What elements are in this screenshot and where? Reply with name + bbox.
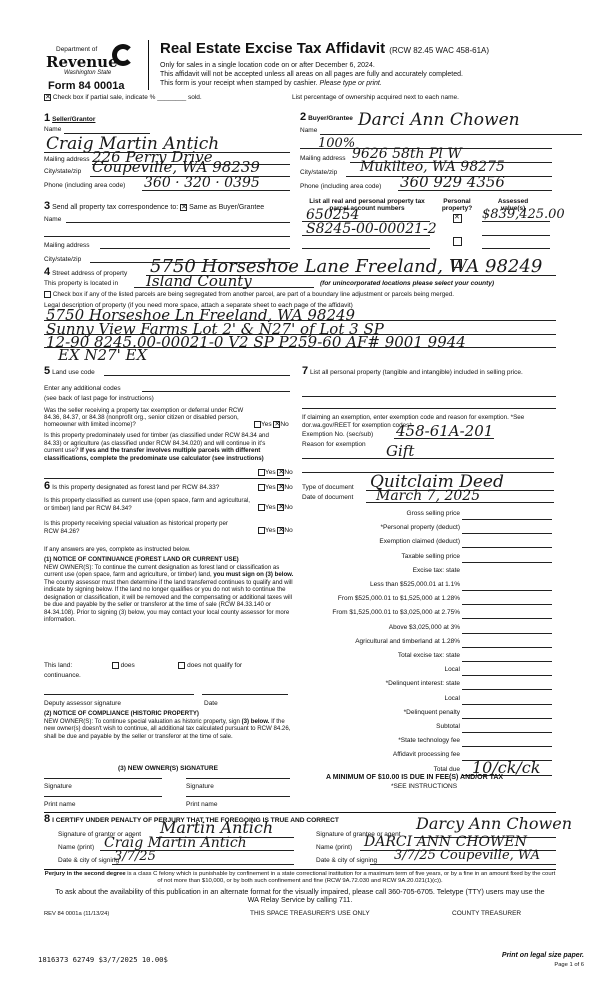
print-name-label-2: Print name — [186, 801, 217, 808]
corr-name-field[interactable] — [66, 222, 290, 223]
parcel-col2-header: Personal property? — [440, 198, 474, 212]
tax-row: Taxable selling price — [300, 553, 560, 565]
segregated-checkbox[interactable] — [44, 291, 51, 298]
signature-label-2: Signature — [186, 783, 214, 790]
tax-row-field[interactable] — [462, 689, 552, 690]
buyer-name-field[interactable]: Darci Ann Chowen — [358, 110, 520, 130]
instructions-note: If any answers are yes, complete as inst… — [44, 546, 191, 553]
historic-yes-checkbox[interactable] — [258, 527, 265, 534]
cashier-stamp: 1816373 62749 $3/7/2025 10.00$ — [38, 955, 168, 964]
corr-name-label: Name — [44, 216, 61, 223]
tax-row-field[interactable] — [462, 618, 552, 619]
buyer-phone-label: Phone (including area code) — [300, 183, 381, 190]
grantor-date-label: Date & city of signing — [58, 857, 119, 864]
tax-row-label: Total excise tax: state — [398, 652, 460, 659]
q2-yes-checkbox[interactable] — [258, 469, 265, 476]
personal-property-row: 7 List all personal property (tangible a… — [302, 367, 552, 377]
tax-row-label: *Delinquent interest: state — [386, 680, 460, 687]
header-notes: Only for sales in a single location code… — [160, 61, 463, 88]
segregated-row: Check box if any of the listed parcels a… — [44, 291, 454, 298]
corr-city-label: City/state/zip — [44, 256, 81, 263]
seller-mailing-label: Mailing address — [44, 156, 90, 163]
property-located-label: This property is located in — [44, 280, 118, 287]
q1-no-checkbox[interactable] — [273, 421, 280, 428]
doc-date-label: Date of document — [302, 494, 353, 501]
tax-row-field[interactable] — [462, 633, 552, 634]
reason-label: Reason for exemption — [302, 441, 366, 448]
tax-row: Above $3,025,000 at 3% — [300, 624, 560, 636]
perjury-divider — [44, 869, 556, 870]
seller-city-label: City/state/zip — [44, 168, 81, 175]
personal-property-field-1[interactable] — [302, 396, 556, 397]
q-exemption-deferral: Was the seller receiving a property tax … — [44, 407, 254, 428]
parcel-row — [0, 18, 600, 27]
tax-row: Local — [300, 666, 560, 678]
tax-row: Gross selling price — [300, 510, 560, 522]
minimum-note: A MINIMUM OF $10.00 IS DUE IN FEE(S) AND… — [326, 774, 503, 781]
title-citation: (RCW 82.45 WAC 458-61A) — [389, 46, 489, 55]
same-as-buyer-checkbox[interactable] — [180, 204, 187, 211]
signature-label-1: Signature — [44, 783, 72, 790]
ownership-note: List percentage of ownership acquired ne… — [292, 94, 459, 101]
note-3: This form is your receipt when stamped b… — [160, 79, 463, 88]
header-divider — [148, 40, 149, 90]
buyer-mailing-label: Mailing address — [300, 155, 346, 162]
q-current-use: Is this property classified as current u… — [44, 497, 254, 512]
deputy-date-field[interactable] — [202, 694, 288, 695]
treasurer-use: THIS SPACE TREASURER'S USE ONLY — [250, 910, 370, 917]
tax-row-field[interactable] — [462, 547, 552, 548]
parcel-table: 650254$839,425.00S8245-00-00021-2 — [0, 0, 600, 27]
personal-property-checkbox[interactable] — [453, 214, 462, 223]
tax-row-field[interactable] — [462, 661, 552, 662]
tax-row-field[interactable] — [462, 647, 552, 648]
q-timber: Is this property predominately used for … — [44, 432, 272, 462]
additional-codes-field[interactable] — [142, 391, 290, 392]
tax-row: Agricultural and timberland at 1.28% — [300, 638, 560, 650]
tax-row-field[interactable] — [462, 746, 552, 747]
grantee-name-label: Name (print) — [316, 844, 352, 851]
seller-name-label: Name — [44, 126, 61, 133]
logo-mark-icon — [112, 44, 134, 66]
tax-row-field[interactable] — [462, 604, 552, 605]
county-treasurer: COUNTY TREASURER — [452, 910, 521, 917]
tax-row-label: Agricultural and timberland at 1.28% — [355, 638, 460, 645]
tax-row: Subtotal — [300, 723, 560, 735]
tax-row-label: Gross selling price — [407, 510, 460, 517]
tax-row-field[interactable] — [462, 590, 552, 591]
tax-row-field[interactable] — [462, 732, 552, 733]
current-use-yn: Yes No — [258, 504, 293, 511]
grantee-signature[interactable]: Darcy Ann Chowen — [416, 814, 572, 833]
personal-property-field-2[interactable] — [302, 408, 556, 409]
perjury-notice: Perjury in the second degree is a class … — [44, 871, 556, 885]
tax-row-label: Local — [444, 695, 460, 702]
tax-row-label: From $525,000.01 to $1,525,000 at 1.28% — [338, 595, 460, 602]
see-instructions: *SEE INSTRUCTIONS — [391, 783, 457, 790]
page-number: Page 1 of 6 — [554, 962, 584, 968]
tax-row-field[interactable] — [462, 519, 552, 520]
q-exemption-yn: Yes No — [254, 421, 289, 428]
land-use-row: 5 Land use code — [44, 365, 95, 377]
tax-row: Total excise tax: state — [300, 652, 560, 664]
tax-row: Less than $525,000.01 at 1.1% — [300, 581, 560, 593]
this-land-row: This land: does does not qualify for — [44, 662, 294, 669]
print-name-label-1: Print name — [44, 801, 75, 808]
tax-row: Excise tax: state — [300, 567, 560, 579]
q1-yes-checkbox[interactable] — [254, 421, 261, 428]
q-historic: Is this property receiving special valua… — [44, 520, 244, 535]
tax-row-label: *Delinquent penalty — [404, 709, 460, 716]
grantee-date-field[interactable]: 3/7/25 Coupeville, WA — [394, 848, 540, 863]
section-divider — [44, 478, 290, 479]
grantor-date-field[interactable]: 3/7/25 — [114, 849, 156, 864]
tax-row: *Delinquent penalty — [300, 709, 560, 721]
tax-row-label: Affidavit processing fee — [393, 751, 460, 758]
current-use-no-checkbox[interactable] — [277, 504, 284, 511]
accessibility-notice: To ask about the availability of this pu… — [50, 888, 550, 904]
corr-mailing-field[interactable] — [100, 248, 290, 249]
tax-row-label: Excise tax: state — [413, 567, 460, 574]
tax-row-label: *Personal property (deduct) — [381, 524, 461, 531]
tax-row-field[interactable] — [462, 718, 552, 719]
correspondence-heading: 3 Send all property tax correspondence t… — [44, 200, 264, 212]
tax-row-label: *State technology fee — [398, 737, 460, 744]
tax-row: *State technology fee — [300, 737, 560, 749]
buyer-heading: 2 Buyer/Grantee — [300, 111, 353, 123]
tax-row: Exemption claimed (deduct) — [300, 538, 560, 550]
exemption-no-label: Exemption No. (sec/sub) — [302, 431, 373, 438]
assessed-value-field[interactable]: $839,425.00 — [482, 207, 565, 222]
form-title: Real Estate Excise Tax Affidavit (RCW 82… — [160, 40, 489, 57]
buyer-name-label: Name — [300, 127, 317, 134]
seller-phone-label: Phone (including area code) — [44, 182, 125, 189]
new-owner-signature-2[interactable] — [186, 778, 290, 779]
print-note: Print on legal size paper. — [502, 952, 584, 959]
personal-property-checkbox[interactable] — [453, 237, 462, 246]
new-owner-print-1[interactable] — [44, 796, 162, 797]
forest-yn: Yes No — [258, 484, 293, 491]
seller-heading: 1 Seller/Grantor — [44, 112, 95, 124]
agency-name: Revenue — [46, 53, 118, 71]
tax-row-label: Total due — [434, 766, 460, 773]
tax-row-label: From $1,525,000.01 to $3,025,000 at 2.75… — [332, 609, 460, 616]
tax-row: From $1,525,000.01 to $3,025,000 at 2.75… — [300, 609, 560, 621]
note-1: Only for sales in a single location code… — [160, 61, 463, 70]
tax-row-field[interactable] — [462, 562, 552, 563]
historic-no-checkbox[interactable] — [277, 527, 284, 534]
land-use-code-field[interactable] — [104, 375, 290, 376]
buyer-phone-field[interactable]: 360 929 4356 — [400, 173, 505, 191]
deputy-signature-label: Deputy assessor signature — [44, 700, 121, 707]
q-timber-yn: Yes No — [258, 469, 293, 476]
tax-row-label: Taxable selling price — [401, 553, 460, 560]
legal-description-line[interactable]: EX N27' EX — [58, 346, 147, 364]
grantee-date-label: Date & city of signing — [316, 857, 377, 864]
tax-row: Local — [300, 695, 560, 707]
tax-row-label: Subtotal — [436, 723, 460, 730]
new-owner-print-2[interactable] — [186, 796, 290, 797]
does-qualify-checkbox[interactable] — [112, 662, 119, 669]
new-owner-signature-1[interactable] — [44, 778, 162, 779]
tax-row: From $525,000.01 to $1,525,000 at 1.28% — [300, 595, 560, 607]
tax-row: *Delinquent interest: state — [300, 680, 560, 692]
tax-row: *Personal property (deduct) — [300, 524, 560, 536]
title-text: Real Estate Excise Tax Affidavit — [160, 40, 385, 57]
partial-sale-checkbox[interactable] — [44, 94, 51, 101]
current-use-yes-checkbox[interactable] — [258, 504, 265, 511]
q2-no-checkbox[interactable] — [277, 469, 284, 476]
parcel-row: S8245-00-00021-2 — [0, 9, 600, 18]
rev-code: REV 84 0001a (11/13/24) — [44, 911, 109, 917]
partial-sale-row: Check box if partial sale, indicate % __… — [44, 94, 202, 101]
property-located-note: (for unincorporated locations please sel… — [320, 280, 494, 287]
buyer-city-label: City/state/zip — [300, 169, 337, 176]
forest-yes-checkbox[interactable] — [258, 484, 265, 491]
tax-row-label: Less than $525,000.01 at 1.1% — [370, 581, 460, 588]
doc-type-label: Type of document — [302, 484, 354, 491]
seller-city-field[interactable]: Coupeville, WA 98239 — [92, 158, 260, 176]
parcel-row: 650254$839,425.00 — [0, 0, 600, 9]
additional-codes-label: Enter any additional codes — [44, 385, 121, 392]
notice-compliance: (2) NOTICE OF COMPLIANCE (HISTORIC PROPE… — [44, 710, 296, 740]
additional-codes-note: (see back of last page for instructions) — [44, 395, 154, 402]
new-owner-sig-title: (3) NEW OWNER(S) SIGNATURE — [118, 765, 218, 772]
tax-row-label: Exemption claimed (deduct) — [379, 538, 460, 545]
tax-row-field[interactable] — [462, 675, 552, 676]
deputy-date-label: Date — [204, 700, 218, 707]
tax-row-field[interactable] — [462, 704, 552, 705]
tax-row-field[interactable] — [462, 533, 552, 534]
seller-phone-field[interactable]: 360 · 320 · 0395 — [144, 175, 260, 191]
notice-continuance: (1) NOTICE OF CONTINUANCE (FOREST LAND O… — [44, 556, 296, 624]
dept-line: Department of — [56, 46, 97, 53]
tax-row-label: Local — [444, 666, 460, 673]
historic-yn: Yes No — [258, 527, 293, 534]
does-not-qualify-checkbox[interactable] — [178, 662, 185, 669]
continuance-label: continuance. — [44, 672, 81, 679]
note-2: This affidavit will not be accepted unle… — [160, 70, 463, 79]
corr-mailing-label: Mailing address — [44, 242, 90, 249]
forest-row: 6 Is this property designated as forest … — [44, 480, 219, 492]
forest-no-checkbox[interactable] — [277, 484, 284, 491]
property-street-row: 4 Street address of property — [44, 266, 127, 278]
form-number: Form 84 0001a — [48, 80, 124, 92]
tax-row-label: Above $3,025,000 at 3% — [389, 624, 460, 631]
grantor-name-label: Name (print) — [58, 844, 94, 851]
state-line: Washington State — [64, 70, 111, 76]
deputy-signature-field[interactable] — [44, 694, 194, 695]
